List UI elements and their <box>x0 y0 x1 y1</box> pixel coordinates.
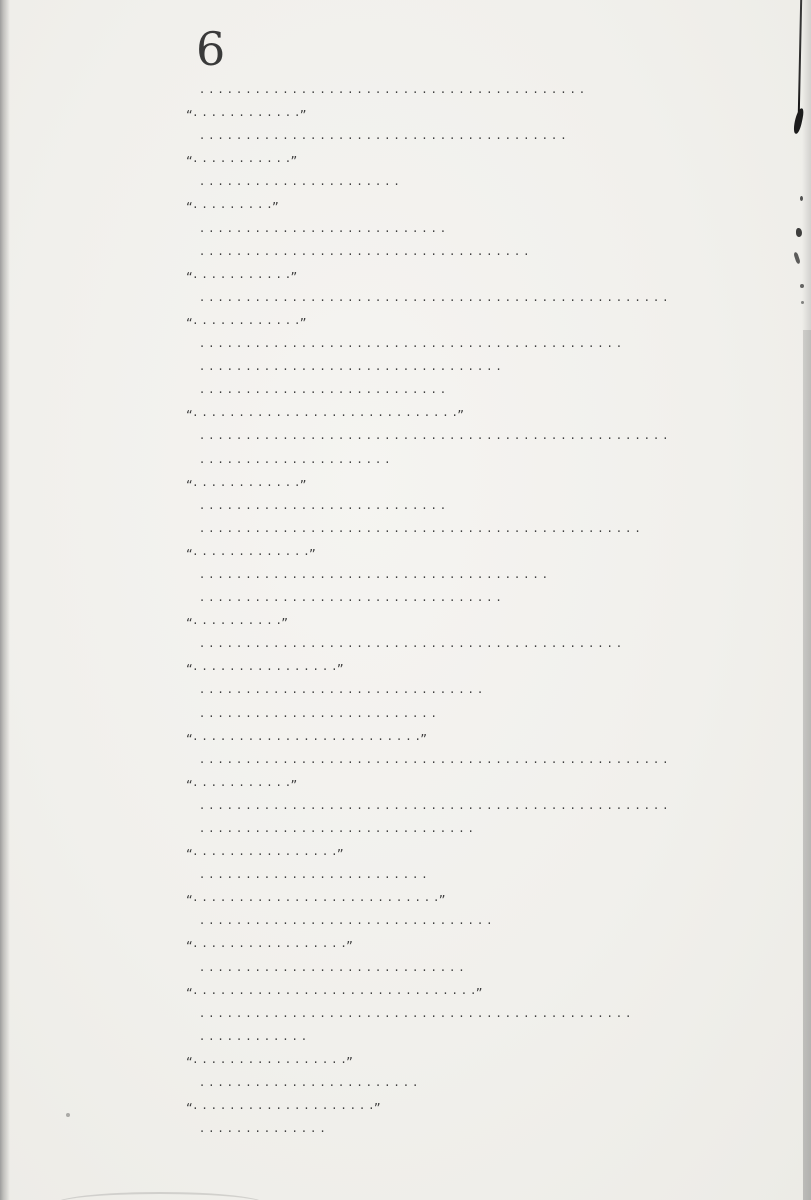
text-line-redacted: · · · · · · · · · · · · · · · · · · · · … <box>186 498 666 521</box>
text-line-redacted: · · · · · · · · · · · · · · <box>186 1121 666 1144</box>
text-line-redacted: “· · · · · · · · · · · · · · · · · · · ·… <box>186 890 666 913</box>
text-line-redacted: “· · · · · · · · ·” <box>186 197 666 220</box>
text-line-redacted: · · · · · · · · · · · · · · · · · · · · … <box>186 128 666 151</box>
text-line-redacted: · · · · · · · · · · · · · · · · · · · · … <box>186 682 666 705</box>
text-line-redacted: · · · · · · · · · · · · · · · · · · · · … <box>186 174 666 197</box>
scan-edge-left <box>0 0 10 1200</box>
scan-bottom-curve <box>55 1192 265 1200</box>
text-line-redacted: · · · · · · · · · · · · · · · · · · · · … <box>186 798 666 821</box>
text-line-redacted: “· · · · · · · · · · · ·” <box>186 475 666 498</box>
text-line-redacted: “· · · · · · · · · · · ·” <box>186 105 666 128</box>
scan-speck <box>800 196 803 201</box>
scan-speck <box>801 301 804 304</box>
scan-speck <box>796 228 802 237</box>
text-line-redacted: · · · · · · · · · · · · · · · · · · · · … <box>186 867 666 890</box>
text-line-redacted: · · · · · · · · · · · · · · · · · · · · … <box>186 1006 666 1029</box>
scan-speck <box>793 252 801 265</box>
text-line-redacted: · · · · · · · · · · · · · · · · · · · · … <box>186 221 666 244</box>
text-line-redacted: “· · · · · · · · · ·” <box>186 613 666 636</box>
text-line-redacted: · · · · · · · · · · · · · · · · · · · · … <box>186 636 666 659</box>
text-line-redacted: · · · · · · · · · · · · · · · · · · · · … <box>186 428 666 451</box>
text-line-redacted: “· · · · · · · · · · · · · · · ·” <box>186 659 666 682</box>
text-line-redacted: “· · · · · · · · · · · ·” <box>186 313 666 336</box>
text-line-redacted: “· · · · · · · · · · · · · · · ·” <box>186 844 666 867</box>
text-line-redacted: “· · · · · · · · · · ·” <box>186 151 666 174</box>
scan-speck <box>66 1113 70 1117</box>
text-line-redacted: · · · · · · · · · · · · <box>186 1029 666 1052</box>
text-line-redacted: · · · · · · · · · · · · · · · · · · · · … <box>186 913 666 936</box>
text-line-redacted: “· · · · · · · · · · · · ·” <box>186 544 666 567</box>
text-line-redacted: “· · · · · · · · · · · · · · · · ·” <box>186 1052 666 1075</box>
text-block: · · · · · · · · · · · · · · · · · · · · … <box>186 82 666 1144</box>
text-line-redacted: · · · · · · · · · · · · · · · · · · · · … <box>186 382 666 405</box>
text-line-redacted: “· · · · · · · · · · · · · · · · · · · ·… <box>186 405 666 428</box>
text-line-redacted: · · · · · · · · · · · · · · · · · · · · … <box>186 1075 666 1098</box>
text-line-redacted: · · · · · · · · · · · · · · · · · · · · … <box>186 521 666 544</box>
text-line-redacted: · · · · · · · · · · · · · · · · · · · · … <box>186 244 666 267</box>
text-line-redacted: “· · · · · · · · · · ·” <box>186 775 666 798</box>
text-line-redacted: · · · · · · · · · · · · · · · · · · · · … <box>186 752 666 775</box>
text-line-redacted: · · · · · · · · · · · · · · · · · · · · … <box>186 567 666 590</box>
text-line-redacted: · · · · · · · · · · · · · · · · · · · · … <box>186 821 666 844</box>
text-line-redacted: · · · · · · · · · · · · · · · · · · · · … <box>186 590 666 613</box>
text-line-redacted: · · · · · · · · · · · · · · · · · · · · … <box>186 82 666 105</box>
scan-edge-shadow <box>803 330 811 1200</box>
text-line-redacted: · · · · · · · · · · · · · · · · · · · · … <box>186 960 666 983</box>
text-line-redacted: “· · · · · · · · · · · · · · · · ·” <box>186 936 666 959</box>
text-line-redacted: · · · · · · · · · · · · · · · · · · · · … <box>186 359 666 382</box>
text-line-redacted: “· · · · · · · · · · · · · · · · · · · ·… <box>186 983 666 1006</box>
text-line-redacted: · · · · · · · · · · · · · · · · · · · · … <box>186 706 666 729</box>
scanned-page: 6 · · · · · · · · · · · · · · · · · · · … <box>0 0 811 1200</box>
text-line-redacted: · · · · · · · · · · · · · · · · · · · · … <box>186 452 666 475</box>
page-number: 6 <box>196 22 225 76</box>
text-line-redacted: · · · · · · · · · · · · · · · · · · · · … <box>186 336 666 359</box>
text-line-redacted: “· · · · · · · · · · · · · · · · · · · ·… <box>186 729 666 752</box>
text-line-redacted: “· · · · · · · · · · ·” <box>186 267 666 290</box>
scan-speck <box>800 284 804 288</box>
text-line-redacted: · · · · · · · · · · · · · · · · · · · · … <box>186 290 666 313</box>
text-line-redacted: “· · · · · · · · · · · · · · · · · · · ·… <box>186 1098 666 1121</box>
